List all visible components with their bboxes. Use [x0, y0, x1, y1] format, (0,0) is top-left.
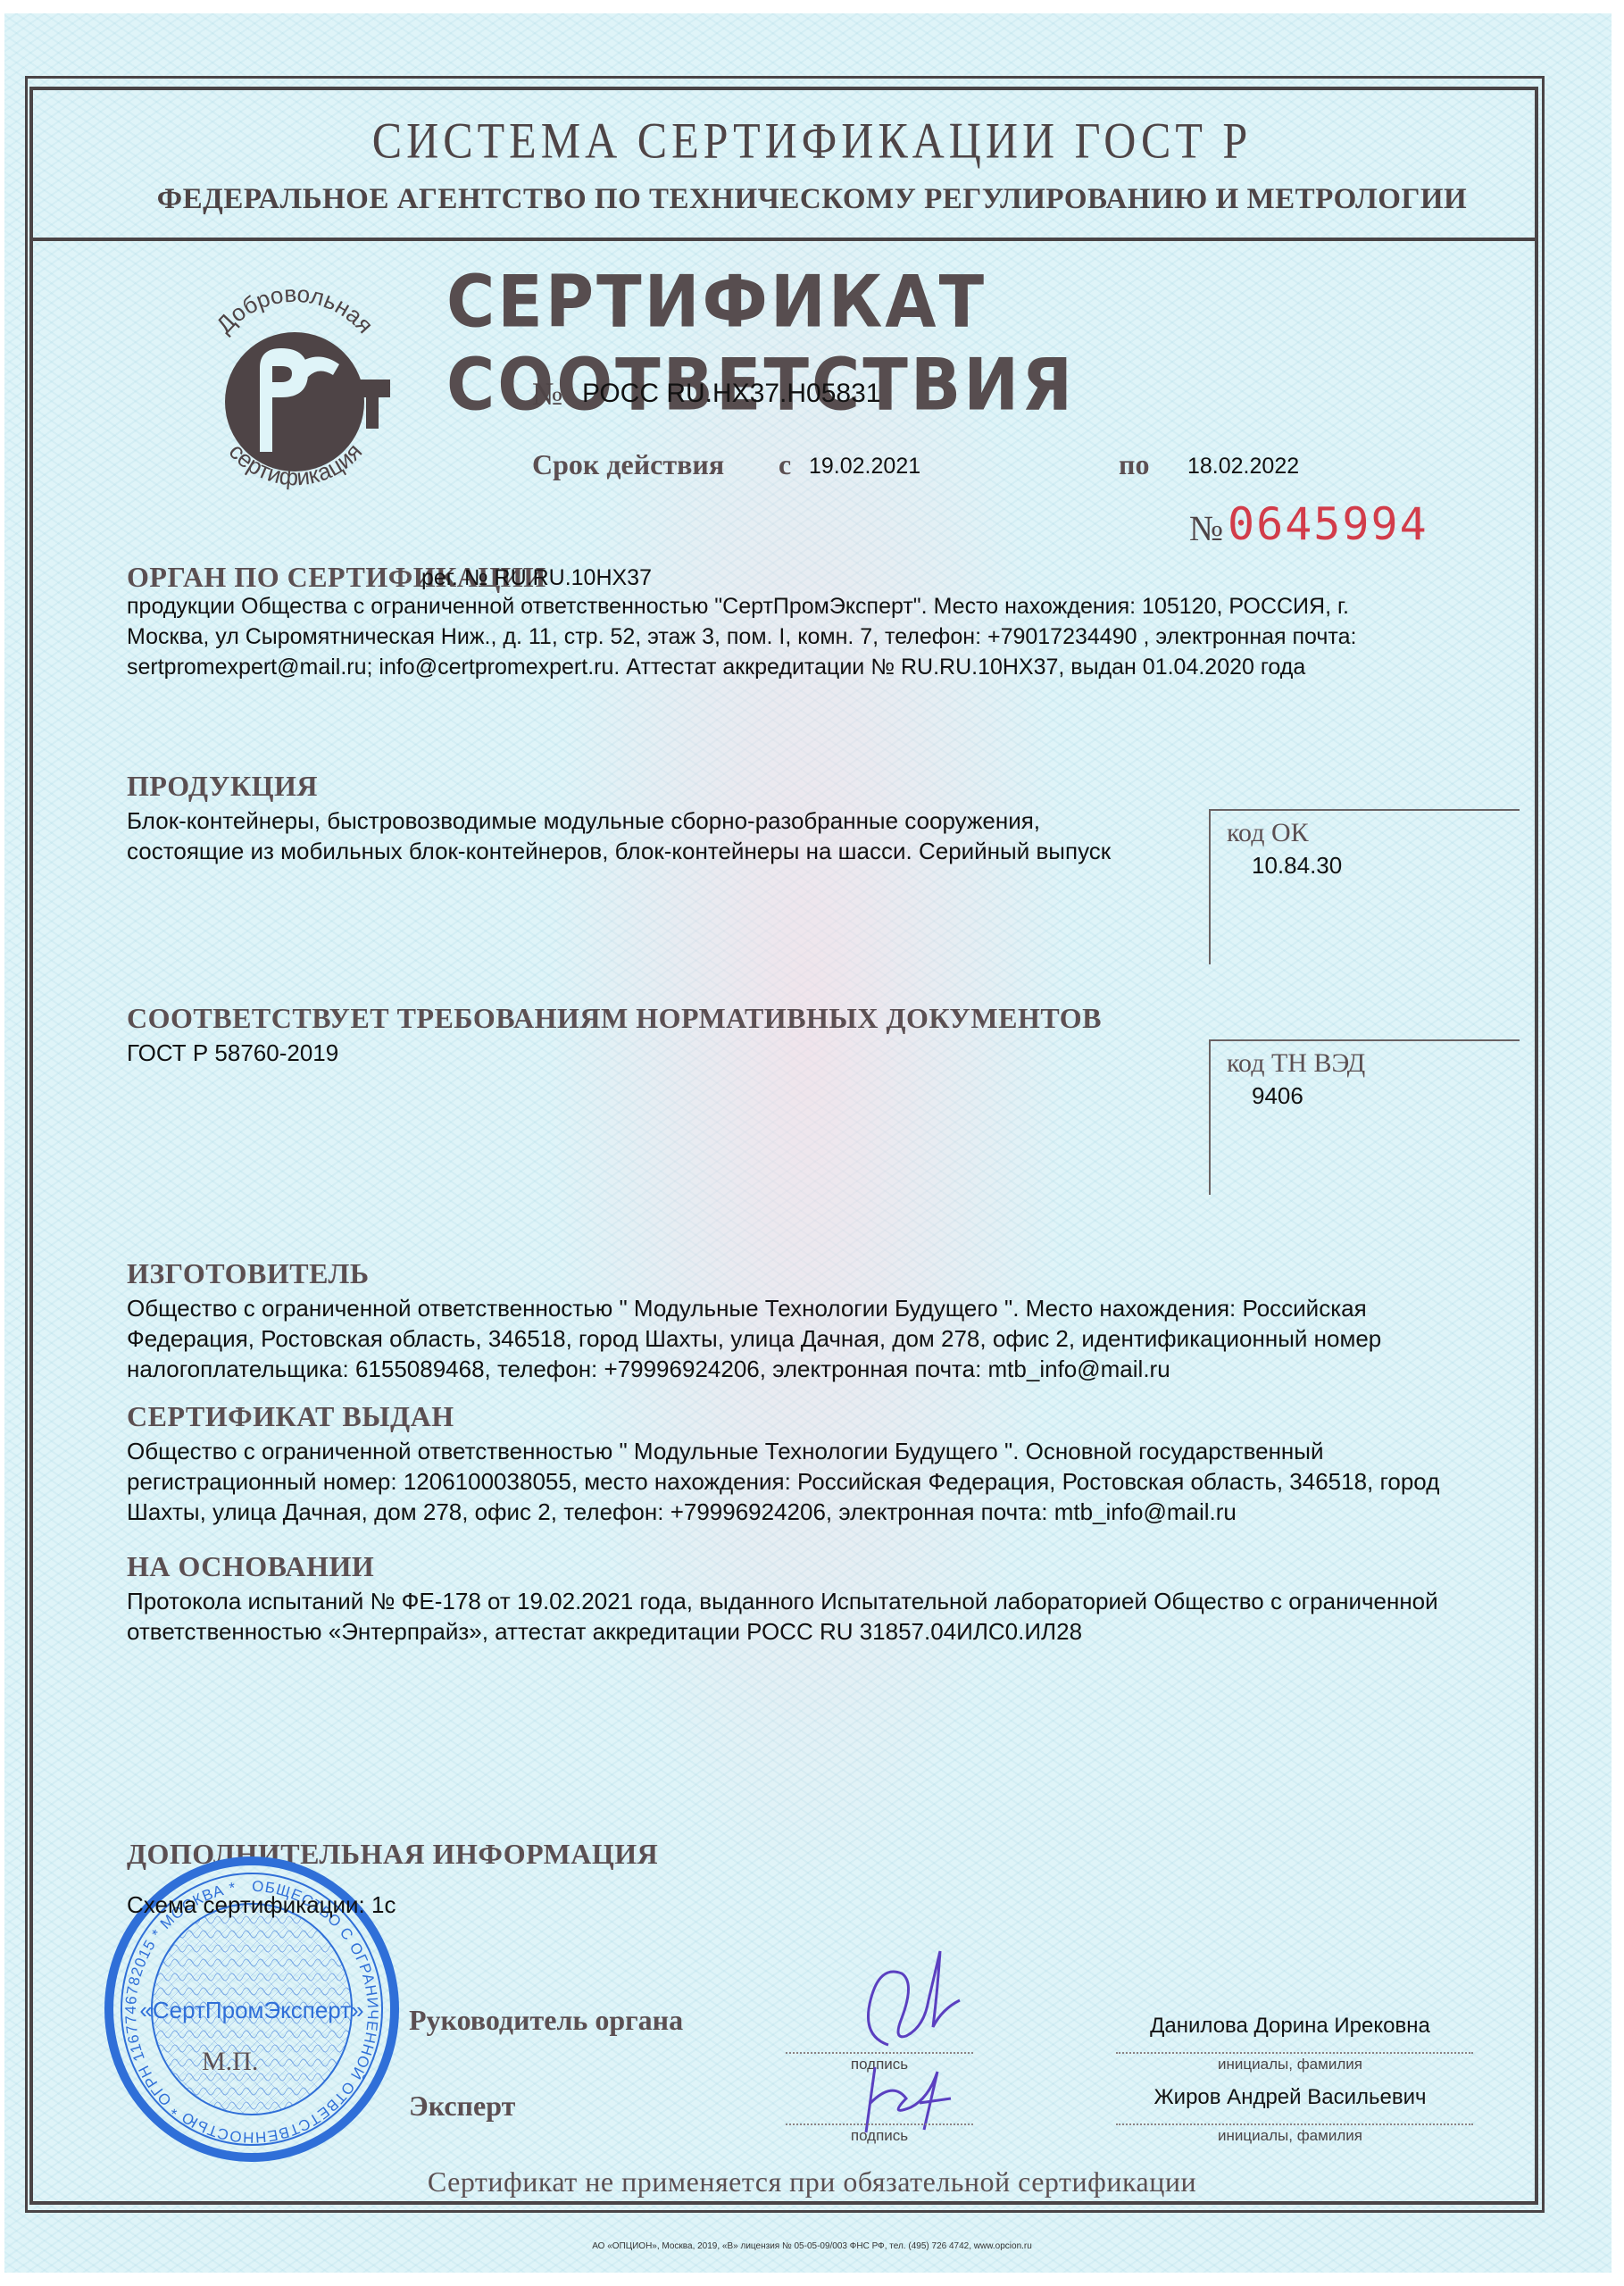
additional-info-text: Схема сертификации: 1с [127, 1890, 396, 1920]
product-text: Блок-контейнеры, быстровозводимые модуль… [127, 805, 1111, 866]
header-divider [29, 238, 1538, 241]
section-heading-manufacturer: ИЗГОТОВИТЕЛЬ [127, 1257, 370, 1290]
tnved-code-box: код ТН ВЭД 9406 [1209, 1039, 1520, 1195]
name-line-head [1116, 2052, 1473, 2055]
blank-number: 0645994 [1228, 498, 1428, 550]
agency-title: ФЕДЕРАЛЬНОЕ АГЕНТСТВО ПО ТЕХНИЧЕСКОМУ РЕ… [0, 183, 1624, 216]
issued-to-text: Общество с ограниченной ответственностью… [127, 1436, 1439, 1527]
signatory-role-head: Руководитель органа [409, 2004, 683, 2037]
section-heading-conformity: СООТВЕТСТВУЕТ ТРЕБОВАНИЯМ НОРМАТИВНЫХ ДО… [127, 1002, 1102, 1035]
signature-line-expert [786, 2123, 973, 2126]
section-heading-basis: НА ОСНОВАНИИ [127, 1550, 374, 1583]
okpd-code-box: код ОК 10.84.30 [1209, 809, 1520, 964]
signatory-name-head: Данилова Дорина Ирековна [1094, 2014, 1487, 2039]
section-heading-issued-to: СЕРТИФИКАТ ВЫДАН [127, 1400, 454, 1433]
conformity-standard: ГОСТ Р 58760-2019 [127, 1038, 338, 1068]
validity-from-date: 19.02.2021 [809, 454, 920, 480]
voluntary-disclaimer: Сертификат не применяется при обязательн… [0, 2165, 1624, 2198]
signature-line-head [786, 2052, 973, 2055]
blank-number-label: № [1189, 507, 1223, 549]
manufacturer-text: Общество с ограниченной ответственностью… [127, 1293, 1381, 1384]
cert-number: РОСС RU.HX37.H05831 [582, 379, 880, 409]
validity-to-date: 18.02.2022 [1187, 454, 1299, 480]
signatory-name-expert: Жиров Андрей Васильевич [1094, 2085, 1487, 2110]
printer-imprint: АО «ОПЦИОН», Москва, 2019, «В» лицензия … [0, 2241, 1624, 2251]
tnved-code-label: код ТН ВЭД [1227, 1048, 1365, 1079]
cert-number-label: № [532, 375, 562, 413]
okpd-code-value: 10.84.30 [1252, 852, 1342, 880]
signature-head [853, 1947, 969, 2054]
name-caption-head: инициалы, фамилия [1094, 2056, 1487, 2073]
certification-body-reg: рег. № RU.RU.10HX37 [421, 563, 652, 593]
tnved-code-value: 9406 [1252, 1082, 1303, 1110]
name-line-expert [1116, 2123, 1473, 2126]
signatory-role-expert: Эксперт [409, 2090, 515, 2123]
voluntary-certification-logo: Добровольная сертификация [183, 277, 406, 500]
okpd-code-label: код ОК [1227, 818, 1309, 848]
certification-body-text: продукции Общества с ограниченной ответс… [127, 591, 1356, 682]
seal-place-label: М.П. [202, 2047, 258, 2077]
section-heading-product: ПРОДУКЦИЯ [127, 770, 318, 803]
system-title: СИСТЕМА СЕРТИФИКАЦИИ ГОСТ Р [0, 111, 1624, 171]
svg-text:«СертПромЭксперт»: «СертПромЭксперт» [139, 1997, 363, 2023]
svg-text:Добровольная: Добровольная [211, 280, 379, 338]
signature-caption-expert: подпись [786, 2127, 973, 2145]
validity-to-label: по [1119, 448, 1149, 481]
validity-label: Срок действия [532, 448, 724, 481]
validity-from-label: с [779, 448, 791, 481]
basis-text: Протокола испытаний № ФЕ-178 от 19.02.20… [127, 1586, 1438, 1647]
name-caption-expert: инициалы, фамилия [1094, 2127, 1487, 2145]
